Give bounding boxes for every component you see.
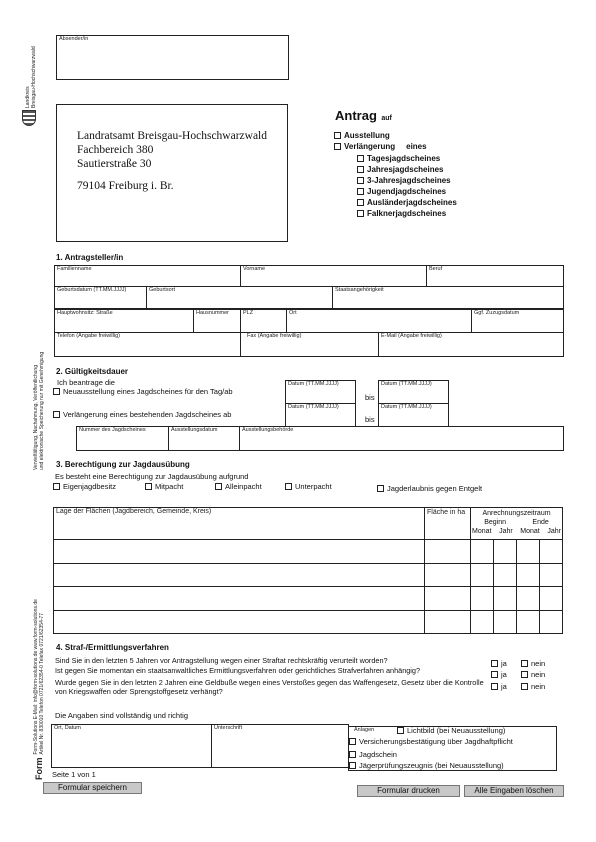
checkbox[interactable]: [357, 210, 364, 217]
question-1: Sind Sie in den letzten 5 Jahren vor Ant…: [55, 656, 388, 665]
attachment-label: Lichtbild (bei Neuausstellung): [407, 726, 505, 735]
col-header-lage: Lage der Flächen (Jagdbereich, Gemeinde,…: [53, 507, 425, 540]
section-1-title: 1. Antragsteller/in: [56, 253, 123, 262]
authority-name: Landkreis Breisgau-Hochschwarzwald: [25, 46, 37, 108]
field-label: Vorname: [243, 266, 265, 272]
type-label: Jugendjagdscheines: [367, 187, 446, 196]
jagdschein-nummer-field[interactable]: Nummer des Jagdscheines: [76, 426, 169, 451]
beginn-jahr-cell[interactable]: [493, 586, 517, 611]
hausnummer-field[interactable]: Hausnummer: [193, 309, 241, 333]
save-form-button[interactable]: Formular speichern: [43, 782, 142, 794]
ende-jahr-cell[interactable]: [539, 586, 563, 611]
q3-ja[interactable]: ja: [491, 682, 507, 691]
jahr-label: Jahr: [499, 527, 513, 536]
ende-monat-cell[interactable]: [516, 610, 540, 635]
beginn-monat-cell[interactable]: [470, 539, 494, 564]
type-label: Ausländerjagdscheines: [367, 198, 457, 207]
field-label: Ausstellungsbehörde: [242, 427, 293, 433]
vendor-line-2: Artikel Nr. 830010 Telefon 0721/62354-0 …: [39, 599, 45, 754]
geburtsdatum-field[interactable]: Geburtsdatum (TT.MM.JJJJ): [54, 286, 147, 309]
ausstellungsbehoerde-field[interactable]: Ausstellungsbehörde: [239, 426, 564, 451]
monat-label: Monat: [472, 527, 491, 536]
field-label: Geburtsdatum (TT.MM.JJJJ): [57, 287, 126, 293]
flaeche-cell[interactable]: [424, 586, 471, 611]
checkbox[interactable]: [53, 411, 60, 418]
flaeche-cell[interactable]: [424, 563, 471, 588]
section-3-intro: Es besteht eine Berechtigung zur Jagdaus…: [55, 472, 248, 481]
type-label: Jahresjagdscheines: [367, 165, 443, 174]
verl-datum-bis[interactable]: Datum (TT.MM.JJJJ): [378, 403, 449, 427]
checkbox[interactable]: [377, 485, 384, 492]
field-label: Hausnummer: [196, 310, 229, 316]
field-label: Datum (TT.MM.JJJJ): [381, 404, 432, 410]
familienname-field[interactable]: Familienname: [54, 265, 241, 287]
field-label: Datum (TT.MM.JJJJ): [381, 381, 432, 387]
q1-ja[interactable]: ja: [491, 659, 507, 668]
lage-cell[interactable]: [53, 539, 425, 564]
field-label: PLZ: [243, 310, 253, 316]
jagderlaubnis-option[interactable]: Jagderlaubnis gegen Entgelt: [377, 484, 482, 493]
ende-monat-cell[interactable]: [516, 539, 540, 564]
field-label: Familienname: [57, 266, 92, 272]
attachment-label: Jagdschein: [359, 750, 397, 759]
attachment-jaegerpruefung[interactable]: Jägerprüfungszeugnis (bei Neuausstellung…: [349, 761, 504, 770]
section-4-title: 4. Straf-/Ermittlungsverfahren: [56, 643, 169, 652]
checkbox[interactable]: [53, 483, 60, 490]
ende-jahr-cell[interactable]: [539, 610, 563, 635]
geburtsort-field[interactable]: Geburtsort: [146, 286, 333, 309]
beginn-monat-cell[interactable]: [470, 586, 494, 611]
title-suffix: auf: [381, 115, 392, 122]
type-label: 3-Jahresjagdscheines: [367, 176, 451, 185]
ja-label: ja: [501, 670, 507, 679]
option-label: Neuausstellung eines Jagdscheines für de…: [63, 387, 233, 396]
checkbox[interactable]: [521, 660, 528, 667]
button-label: Formular drucken: [377, 786, 440, 795]
attachment-label: Jägerprüfungszeugnis (bei Neuausstellung…: [359, 761, 504, 770]
recipient-line: Sautierstraße 30: [77, 157, 267, 171]
checkbox[interactable]: [357, 177, 364, 184]
checkbox[interactable]: [285, 483, 292, 490]
type-jahresjagdschein[interactable]: Jahresjagdscheines: [357, 165, 443, 174]
section-2-intro: Ich beantrage die: [57, 378, 115, 387]
clear-form-button[interactable]: Alle Eingaben löschen: [464, 785, 564, 797]
attachment-lichtbild[interactable]: Lichtbild (bei Neuausstellung): [397, 726, 505, 735]
recipient-line: Fachbereich 380: [77, 143, 267, 157]
q3-nein[interactable]: nein: [521, 682, 545, 691]
header-label: Fläche in ha: [427, 508, 467, 517]
q2-nein[interactable]: nein: [521, 670, 545, 679]
lage-cell[interactable]: [53, 563, 425, 588]
checkbox[interactable]: [349, 762, 356, 769]
q2-ja[interactable]: ja: [491, 670, 507, 679]
zuzugsdatum-field[interactable]: Ggf. Zuzugsdatum: [471, 309, 564, 333]
coat-of-arms-icon: [22, 110, 36, 126]
vendor-info: Form Form-Solutions E-Mail: info@form-so…: [33, 599, 45, 780]
checkbox[interactable]: [521, 683, 528, 690]
sender-field[interactable]: Absender/in: [56, 35, 289, 80]
strasse-field[interactable]: Hauptwohnsitz: Straße: [54, 309, 194, 333]
beginn-monat-cell[interactable]: [470, 610, 494, 635]
button-label: Formular speichern: [58, 783, 127, 792]
checkbox[interactable]: [397, 727, 404, 734]
option-label: Ausstellung: [344, 131, 390, 140]
field-label: Telefon (Angabe freiwillig): [57, 333, 120, 339]
field-label: Geburtsort: [149, 287, 175, 293]
ende-monat-cell[interactable]: [516, 586, 540, 611]
flaeche-cell[interactable]: [424, 539, 471, 564]
monat-label: Monat: [520, 527, 539, 536]
field-label: Datum (TT.MM.JJJJ): [288, 404, 339, 410]
verl-datum-von[interactable]: Datum (TT.MM.JJJJ): [285, 403, 356, 427]
vorname-field[interactable]: Vorname: [240, 265, 427, 287]
ausstellungsdatum-field[interactable]: Ausstellungsdatum: [168, 426, 240, 451]
field-label: Ausstellungsdatum: [171, 427, 217, 433]
question-3: Wurde gegen Sie in den letzten 2 Jahren …: [55, 678, 485, 696]
beginn-jahr-cell[interactable]: [493, 563, 517, 588]
verlaengerung-option[interactable]: Verlängerung eines bestehenden Jagdschei…: [53, 410, 231, 419]
attachment-label: Versicherungsbestätigung über Jagdhaftpf…: [359, 737, 513, 746]
authority-line-2: Breisgau-Hochschwarzwald: [31, 46, 37, 108]
mitpacht-option[interactable]: Mitpacht: [145, 482, 183, 491]
field-label: Ort: [289, 310, 297, 316]
type-tagesjagdschein[interactable]: Tagesjagdscheines: [357, 154, 440, 163]
beginn-jahr-cell[interactable]: [493, 539, 517, 564]
type-3-jahresjagdschein[interactable]: 3-Jahresjagdscheines: [357, 176, 451, 185]
field-label: Ggf. Zuzugsdatum: [474, 310, 519, 316]
print-form-button[interactable]: Formular drucken: [357, 785, 460, 797]
nein-label: nein: [531, 670, 545, 679]
header-label: Lage der Flächen (Jagdbereich, Gemeinde,…: [56, 508, 211, 515]
recipient-address: Landratsamt Breisgau-Hochschwarzwald Fac…: [77, 129, 267, 193]
checkbox[interactable]: [491, 683, 498, 690]
type-jugendjagdschein[interactable]: Jugendjagdscheines: [357, 187, 446, 196]
checkbox[interactable]: [491, 660, 498, 667]
application-title: Antrag auf: [335, 107, 392, 125]
beginn-monat-cell[interactable]: [470, 563, 494, 588]
checkbox[interactable]: [334, 132, 341, 139]
option-label: Jagderlaubnis gegen Entgelt: [387, 484, 482, 493]
checkbox[interactable]: [349, 738, 356, 745]
neuausstellung-option[interactable]: Neuausstellung eines Jagdscheines für de…: [53, 387, 233, 396]
ende-label: Ende: [532, 518, 548, 527]
field-label: Hauptwohnsitz: Straße: [57, 310, 113, 316]
field-label: Fax (Angabe freiwillig): [247, 333, 301, 339]
col-header-flaeche: Fläche in ha: [424, 507, 471, 540]
recipient-line: 79104 Freiburg i. Br.: [77, 179, 267, 193]
option-label: Eigenjagdbesitz: [63, 482, 116, 491]
neu-datum-von[interactable]: Datum (TT.MM.JJJJ): [285, 380, 356, 404]
staatsangehoerigkeit-field[interactable]: Staatsangehörigkeit: [332, 286, 564, 309]
option-label: Mitpacht: [155, 482, 183, 491]
sender-label: Absender/in: [59, 36, 88, 42]
checkbox[interactable]: [349, 751, 356, 758]
button-label: Alle Eingaben löschen: [474, 786, 553, 795]
field-label: Staatsangehörigkeit: [335, 287, 384, 293]
q1-nein[interactable]: nein: [521, 659, 545, 668]
attachment-versicherung[interactable]: Versicherungsbestätigung über Jagdhaftpf…: [349, 737, 513, 746]
checkbox[interactable]: [334, 143, 341, 150]
anlagen-label: Anlagen: [354, 727, 374, 733]
nein-label: nein: [531, 659, 545, 668]
neu-datum-bis[interactable]: Datum (TT.MM.JJJJ): [378, 380, 449, 404]
eines-label: eines: [406, 142, 426, 151]
flaeche-cell[interactable]: [424, 610, 471, 635]
field-label: E-Mail (Angabe freiwillig): [381, 333, 442, 339]
section-2-title: 2. Gültigkeitsdauer: [56, 367, 128, 376]
ja-label: ja: [501, 659, 507, 668]
question-2: Ist gegen Sie momentan ein staatsanwaltl…: [55, 666, 420, 675]
checkbox[interactable]: [491, 671, 498, 678]
title-text: Antrag: [335, 108, 377, 123]
checkbox[interactable]: [357, 155, 364, 162]
fax-field[interactable]: Fax (Angabe freiwillig): [240, 332, 379, 357]
unterpacht-option[interactable]: Unterpacht: [285, 482, 332, 491]
hunting-areas-table: Lage der Flächen (Jagdbereich, Gemeinde,…: [53, 507, 563, 633]
option-verlaengerung[interactable]: Verlängerung eines: [334, 142, 427, 151]
type-label: Tagesjagdscheines: [367, 154, 440, 163]
ende-jahr-cell[interactable]: [539, 539, 563, 564]
bis-label: bis: [365, 415, 375, 424]
plz-field[interactable]: PLZ: [240, 309, 287, 333]
type-label: Falknerjagdscheines: [367, 209, 446, 218]
lage-cell[interactable]: [53, 610, 425, 635]
jahr-label: Jahr: [547, 527, 561, 536]
checkbox[interactable]: [357, 188, 364, 195]
field-label: Datum (TT.MM.JJJJ): [288, 381, 339, 387]
checkbox[interactable]: [357, 199, 364, 206]
beginn-label: Beginn: [484, 518, 506, 527]
checkbox[interactable]: [145, 483, 152, 490]
ort-datum-field[interactable]: Ort, Datum: [51, 724, 212, 768]
copyright-notice: Vervielfältigung, Nachahmung, Veröffentl…: [33, 352, 45, 470]
email-field[interactable]: E-Mail (Angabe freiwillig): [378, 332, 564, 357]
nein-label: nein: [531, 682, 545, 691]
option-label: Alleinpacht: [225, 482, 262, 491]
eigenjagdbesitz-option[interactable]: Eigenjagdbesitz: [53, 482, 116, 491]
field-label: Ort, Datum: [54, 725, 81, 731]
type-auslaenderjagdschein[interactable]: Ausländerjagdscheines: [357, 198, 457, 207]
option-label: Unterpacht: [295, 482, 332, 491]
checkbox[interactable]: [215, 483, 222, 490]
lage-cell[interactable]: [53, 586, 425, 611]
field-label: Beruf: [429, 266, 442, 272]
col-header-zeitraum: Anrechnungszeitraum BeginnEnde MonatJahr…: [470, 507, 563, 540]
option-label: Verlängerung eines bestehenden Jagdschei…: [63, 410, 231, 419]
checkbox[interactable]: [53, 388, 60, 395]
section-3-title: 3. Berechtigung zur Jagdausübung: [56, 460, 190, 469]
page-number: Seite 1 von 1: [52, 770, 96, 779]
checkbox[interactable]: [357, 166, 364, 173]
ja-label: ja: [501, 682, 507, 691]
unterschrift-field[interactable]: Unterschrift: [211, 724, 349, 768]
header-label: Anrechnungszeitraum: [471, 509, 562, 518]
recipient-address-box: Landratsamt Breisgau-Hochschwarzwald Fac…: [56, 104, 288, 242]
confirmation-text: Die Angaben sind vollständig und richtig: [55, 711, 188, 720]
telefon-field[interactable]: Telefon (Angabe freiwillig): [54, 332, 241, 357]
beruf-field[interactable]: Beruf: [426, 265, 564, 287]
ende-monat-cell[interactable]: [516, 563, 540, 588]
ende-jahr-cell[interactable]: [539, 563, 563, 588]
option-ausstellung[interactable]: Ausstellung: [334, 131, 390, 140]
beginn-jahr-cell[interactable]: [493, 610, 517, 635]
checkbox[interactable]: [521, 671, 528, 678]
attachment-jagdschein[interactable]: Jagdschein: [349, 750, 397, 759]
recipient-line: Landratsamt Breisgau-Hochschwarzwald: [77, 129, 267, 143]
field-label: Nummer des Jagdscheines: [79, 427, 146, 433]
bis-label: bis: [365, 393, 375, 402]
ort-field[interactable]: Ort: [286, 309, 472, 333]
alleinpacht-option[interactable]: Alleinpacht: [215, 482, 262, 491]
vendor-logo: Form: [36, 758, 42, 781]
notice-line-2: und elektronische Speicherung nur mit Ge…: [39, 352, 45, 470]
type-falknerjagdschein[interactable]: Falknerjagdscheines: [357, 209, 446, 218]
field-label: Unterschrift: [214, 725, 242, 731]
option-label: Verlängerung: [344, 142, 395, 151]
